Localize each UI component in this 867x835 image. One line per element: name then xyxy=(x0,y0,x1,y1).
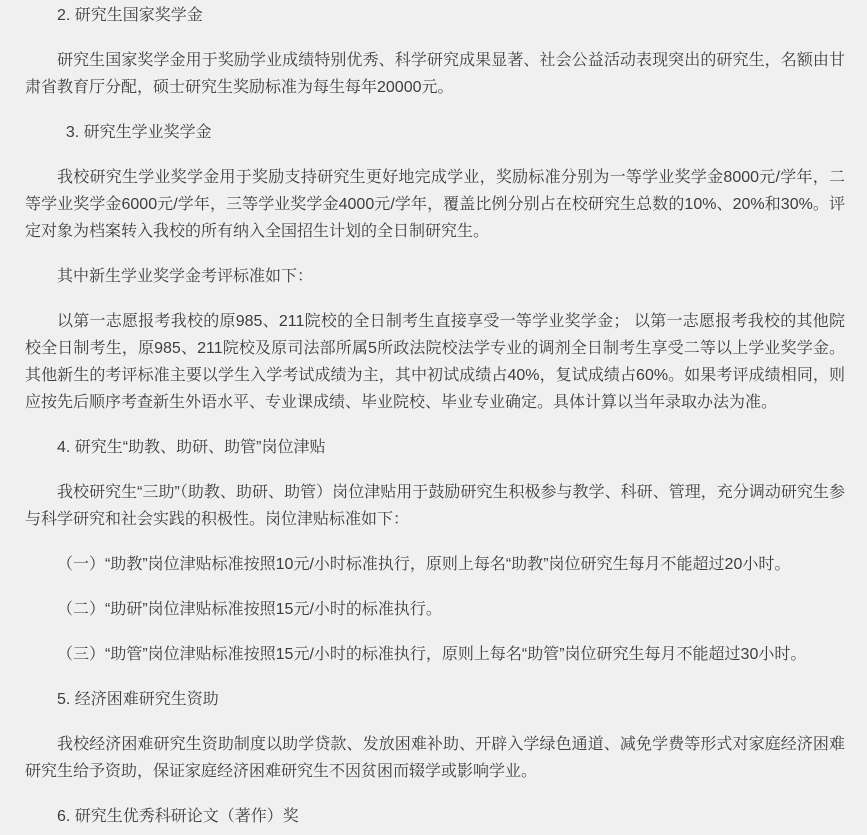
section-assistantship-heading: 4. 研究生“助教、助研、助管”岗位津贴 xyxy=(25,434,845,461)
section-assistantship-paragraph-intro: 我校研究生“三助”（助教、助研、助管）岗位津贴用于鼓励研究生积极参与教学、科研、… xyxy=(25,479,845,533)
section-assistantship-item-research: （二）“助研”岗位津贴标准按照15元/小时的标准执行。 xyxy=(25,596,845,623)
section-assistantship-item-admin: （三）“助管”岗位津贴标准按照15元/小时的标准执行，原则上每名“助管”岗位研究… xyxy=(25,641,845,668)
section-academic-scholarship-paragraph-standards: 我校研究生学业奖学金用于奖励支持研究生更好地完成学业，奖励标准分别为一等学业奖学… xyxy=(25,164,845,245)
section-financial-aid-paragraph: 我校经济困难研究生资助制度以助学贷款、发放困难补助、开辟入学绿色通道、减免学费等… xyxy=(25,731,845,785)
section-academic-scholarship-paragraph-newstudent-intro: 其中新生学业奖学金考评标准如下： xyxy=(25,263,845,290)
section-national-scholarship-heading: 2. 研究生国家奖学金 xyxy=(25,2,845,29)
section-academic-scholarship-paragraph-newstudent-criteria: 以第一志愿报考我校的原985、211院校的全日制考生直接享受一等学业奖学金； 以… xyxy=(25,308,845,416)
document-page: 2. 研究生国家奖学金 研究生国家奖学金用于奖励学业成绩特别优秀、科学研究成果显… xyxy=(0,0,867,835)
section-financial-aid-heading: 5. 经济困难研究生资助 xyxy=(25,686,845,713)
section-assistantship-item-teaching: （一）“助教”岗位津贴标准按照10元/小时标准执行，原则上每名“助教”岗位研究生… xyxy=(25,551,845,578)
section-academic-scholarship-heading: 3. 研究生学业奖学金 xyxy=(25,119,845,146)
section-research-paper-award-heading: 6. 研究生优秀科研论文（著作）奖 xyxy=(25,803,845,830)
section-national-scholarship-paragraph: 研究生国家奖学金用于奖励学业成绩特别优秀、科学研究成果显著、社会公益活动表现突出… xyxy=(25,47,845,101)
